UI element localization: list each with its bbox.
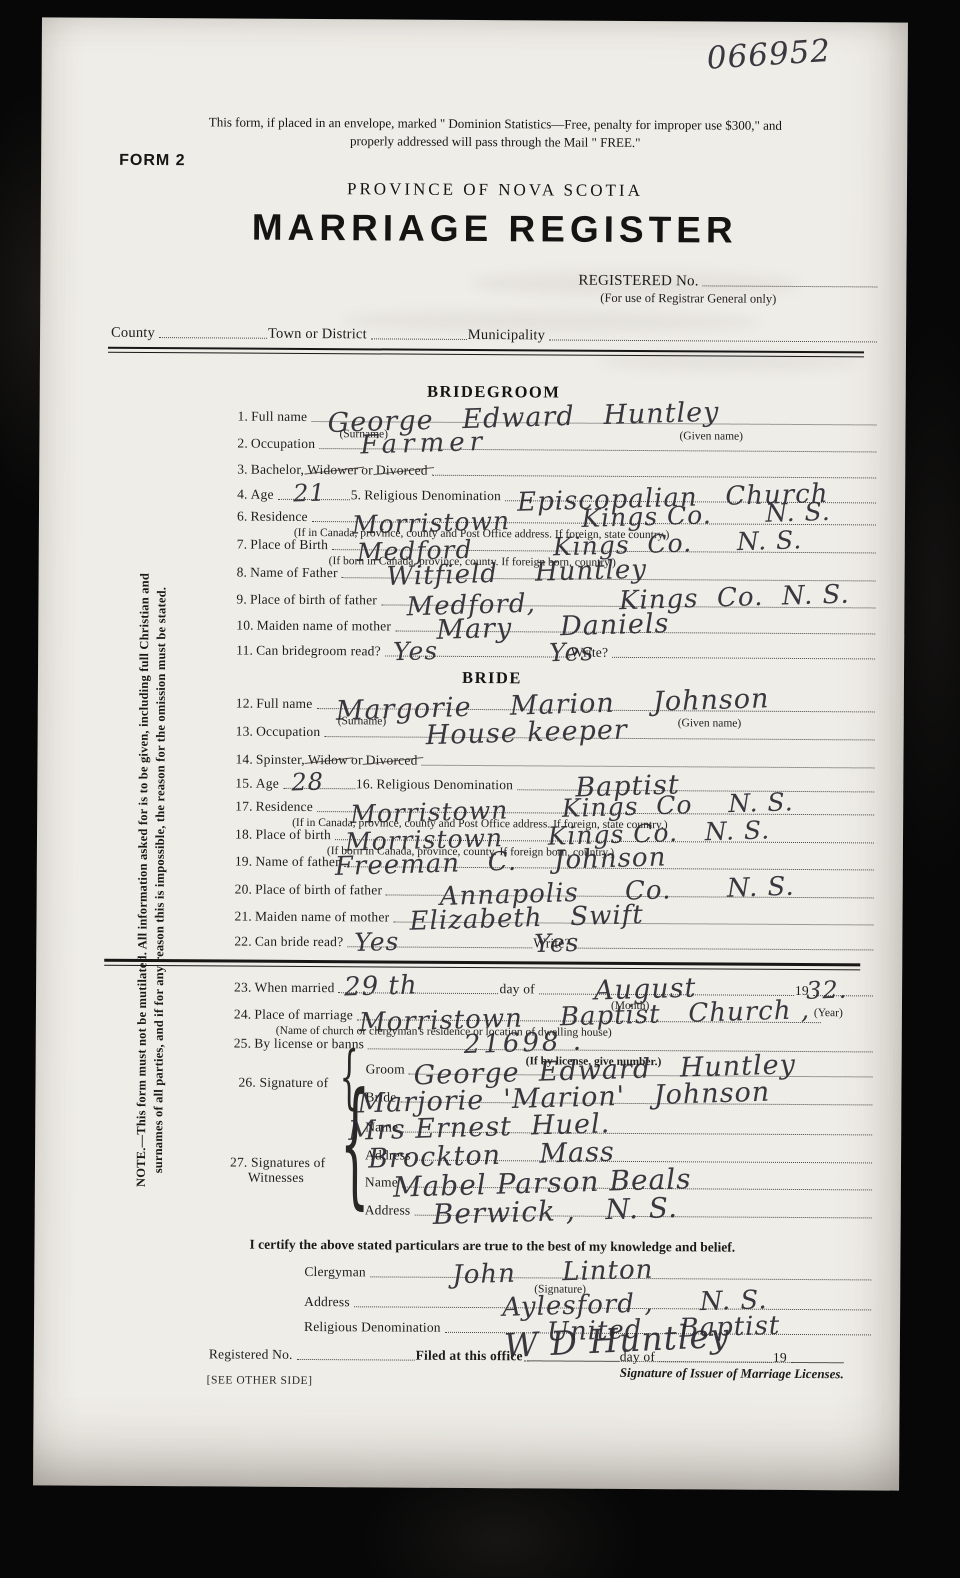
field-8-label: Name of Father: [250, 566, 341, 581]
town-district-blank-line: [371, 338, 467, 340]
field-16-no: 16.: [356, 777, 377, 791]
field-27-label-line1: Signatures of: [251, 1155, 325, 1170]
mail-note-line2: properly addressed will pass through the…: [111, 132, 879, 153]
field-9-father-birthplace: 9. Place of birth of father Medford, Kin…: [236, 588, 876, 611]
field-13-no: 13.: [236, 725, 257, 739]
clergyman-address-label: Address: [304, 1295, 353, 1309]
header-divider-rule: [108, 347, 864, 358]
field-26-no-label: 26. Signature of: [238, 1075, 328, 1092]
field-4-label: Age: [251, 488, 277, 502]
field-10-label: Maiden name of mother: [257, 619, 394, 634]
field-23-no: 23.: [234, 981, 255, 995]
bridegroom-heading: BRIDEGROOM: [110, 380, 878, 405]
field-1-full-name: 1. Full name George Edward Huntley: [238, 405, 878, 428]
municipality-blank-line: [549, 339, 877, 342]
field-12-full-name: 12. Full name Margorie Marion Johnson: [236, 692, 876, 715]
clergyman-row: Clergyman John Linton: [304, 1260, 872, 1282]
field-23-year-value: 32.: [806, 978, 848, 1003]
field-22-write-blank: [575, 948, 874, 951]
field-22-label: Can bride read?: [255, 935, 347, 950]
field-18-place-of-birth: 18. Place of birth Morristown Kings Co. …: [235, 823, 875, 846]
field-1-label: Full name: [251, 410, 310, 424]
field-24-place-of-marriage: 24. Place of marriage Morristown Baptist…: [234, 1003, 822, 1026]
field-27-label-line2: Witnesses: [230, 1170, 304, 1185]
field-15-label: Age: [256, 777, 282, 791]
field-10-no: 10.: [236, 619, 257, 633]
field-15-no: 15.: [235, 777, 256, 791]
municipality-label: Municipality: [468, 328, 548, 342]
field-9-no: 9.: [236, 593, 250, 607]
field-6-label: Residence: [250, 510, 310, 524]
field-18-label: Place of birth: [255, 828, 334, 842]
field-26-bride-row: Bride Marjorie 'Marion' Johnson: [365, 1085, 873, 1107]
field-18-no: 18.: [235, 828, 256, 842]
form-number-label: FORM 2: [119, 152, 186, 170]
issuer-signature-line: [524, 1346, 844, 1363]
field-17-label: Residence: [256, 800, 316, 814]
field-16-label: Religious Denomination: [376, 777, 516, 792]
field-8-value: Witfield Huntley: [386, 557, 647, 590]
town-district-label: Town or District: [268, 327, 370, 342]
field-24-label: Place of marriage: [254, 1008, 356, 1023]
field-23-day-value: 29 th: [344, 972, 418, 1000]
field-3-separator: or: [361, 463, 376, 477]
field-12-label: Full name: [256, 697, 315, 711]
field-20-father-birthplace: 20. Place of birth of father Annapolis C…: [235, 878, 875, 901]
issuer-signature-caption: Signature of Issuer of Marriage Licenses…: [620, 1365, 844, 1382]
field-23-dayof-label: day of: [500, 982, 538, 996]
field-22-read-value: Yes: [354, 929, 400, 955]
county-row: County Town or District Municipality: [111, 321, 878, 345]
field-1-no: 1.: [238, 410, 252, 424]
field-23-label: When married: [255, 981, 338, 996]
marriage-section-divider-rule: [104, 959, 860, 971]
field-3-label-prefix: Bachelor,: [251, 463, 307, 477]
field-24-no: 24.: [234, 1008, 255, 1022]
province-heading: PROVINCE OF NOVA SCOTIA: [111, 178, 879, 203]
field-3-option-divorced: Divorced: [376, 463, 431, 477]
field-27-witness2-address-row: Address Berwick , N. S.: [365, 1198, 873, 1220]
field-19-label: Name of father: [255, 855, 343, 870]
field-14-separator: or: [351, 753, 366, 767]
field-26-groom-label: Groom: [366, 1062, 408, 1076]
field-12-no: 12.: [236, 697, 257, 711]
field-20-label: Place of birth of father: [255, 883, 385, 898]
field-19-no: 19.: [235, 855, 256, 869]
field-14-option-widow: Widow: [308, 753, 351, 767]
mail-note-line1: This form, if placed in an envelope, mar…: [111, 114, 879, 135]
field-11-no: 11.: [236, 644, 256, 658]
field-27-no-label: 27. Signatures ofWitnesses: [230, 1155, 325, 1186]
field-25-value: 21698 .: [463, 1029, 584, 1058]
form-paper: 066952 This form, if placed in an envelo…: [33, 17, 908, 1490]
field-22-write-value: Yes: [534, 930, 580, 956]
field-4-no: 4.: [237, 488, 251, 502]
registered-no-blank-line: [703, 285, 878, 287]
field-27-witness2-address-value: Berwick , N. S.: [432, 1194, 678, 1229]
field-21-value: Elizabeth Swift: [409, 902, 644, 935]
field-19-value: Freeman C. Johnson: [335, 844, 667, 880]
field-27-witness1-address-row: Address Brockton Mass: [365, 1143, 873, 1165]
registrar-general-note: (For use of Registrar General only): [600, 291, 776, 307]
field-3-blank-line: [432, 475, 876, 479]
field-27-no: 27.: [230, 1155, 248, 1170]
field-14-label-prefix: Spinster,: [256, 753, 308, 767]
field-25-blank-line: [368, 1048, 873, 1052]
field-7-label: Place of Birth: [250, 538, 331, 552]
filing-registered-blank: [297, 1359, 415, 1361]
field-14-no: 14.: [235, 753, 256, 767]
field-26-no: 26.: [238, 1075, 256, 1090]
field-26-groom-row: Groom George Edward Huntley: [366, 1057, 874, 1079]
field-17-residence: 17. Residence Morristown Kings Co N. S.: [235, 795, 875, 818]
field-8-father-name: 8. Name of Father Witfield Huntley: [237, 561, 877, 584]
field-2-occupation: 2. Occupation Farmer: [237, 432, 877, 455]
field-9-label: Place of birth of father: [250, 593, 380, 608]
field-2-value: Farmer: [360, 429, 487, 459]
registered-no-label: REGISTERED No.: [578, 274, 701, 289]
field-6-no: 6.: [237, 510, 251, 524]
field-5-label: Religious Denomination: [364, 488, 504, 503]
field-4-value: 21: [293, 481, 326, 506]
field-13-occupation: 13. Occupation House keeper: [236, 720, 876, 743]
filing-registered-label: Registered No.: [209, 1347, 296, 1362]
clergyman-address-row: Address Aylesford , N. S.: [304, 1290, 872, 1312]
field-26-label: Signature of: [260, 1075, 329, 1090]
field-8-no: 8.: [237, 566, 251, 580]
see-other-side-note: [SEE OTHER SIDE]: [207, 1374, 313, 1387]
registered-no-row: REGISTERED No.: [578, 269, 878, 290]
field-27-address-label-2: Address: [365, 1203, 414, 1217]
field-15-value: 28: [291, 770, 324, 795]
field-27-witness2-name-row: Name Mabel Parson Beals: [365, 1170, 873, 1192]
field-6-residence: 6. Residence Morristown Kings Co. N. S.: [237, 505, 877, 528]
margin-note-vertical: NOTE.—This form must not be mutilated. A…: [133, 556, 170, 1204]
field-27-witnesses-block: 27. Signatures ofWitnesses { Name Mrs Er…: [230, 1115, 874, 1231]
field-25-no: 25.: [234, 1037, 255, 1051]
field-22-no: 22.: [234, 935, 255, 949]
field-22-can-read-write: 22. Can bride read? Write? Yes Yes: [234, 930, 874, 953]
field-13-label: Occupation: [256, 725, 323, 739]
field-3-option-widower: Widower: [307, 463, 361, 477]
field-19-father-name: 19. Name of father Freeman C. Johnson: [235, 850, 875, 873]
field-3-marital-status: 3. Bachelor, Widower or Divorced: [237, 458, 877, 481]
field-17-no: 17.: [235, 800, 256, 814]
field-7-no: 7.: [237, 538, 251, 552]
field-21-no: 21.: [234, 910, 255, 924]
field-2-no: 2.: [237, 437, 251, 451]
page-title: MARRIAGE REGISTER: [111, 206, 879, 253]
margin-note-line2: surnames of all parties, and if for any …: [149, 556, 169, 1204]
field-11-can-read-write: 11. Can bridegroom read? Write? Yes Yes: [236, 639, 876, 662]
clergyman-label: Clergyman: [304, 1265, 369, 1279]
field-11-write-value: Yes: [549, 639, 595, 665]
field-3-no: 3.: [237, 463, 251, 477]
field-21-label: Maiden name of mother: [255, 910, 392, 925]
field-14-option-divorced: Divorced: [366, 753, 421, 767]
clergyman-denomination-label: Religious Denomination: [304, 1320, 444, 1335]
field-2-label: Occupation: [251, 437, 318, 451]
county-label: County: [111, 326, 158, 340]
field-11-label: Can bridegroom read?: [256, 644, 384, 659]
document-number-handwritten: 066952: [706, 36, 832, 75]
scanned-marriage-register-page: { "page": { "doc_number": "066952", "mai…: [0, 0, 960, 1578]
field-14-blank-line: [422, 765, 875, 769]
field-7-place-of-birth: 7. Place of Birth Medford Kings Co. N. S…: [237, 533, 877, 556]
field-27-witness1-name-row: Name Mrs Ernest Huel.: [365, 1115, 873, 1137]
field-11-write-blank: [612, 657, 875, 660]
certify-statement: I certify the above stated particulars a…: [249, 1237, 735, 1256]
field-21-mother-maiden-name: 21. Maiden name of mother Elizabeth Swif…: [234, 905, 874, 928]
county-blank-line: [159, 337, 267, 339]
field-20-no: 20.: [235, 883, 256, 897]
field-23-when-married: 23. When married day of 19 29 th August …: [234, 976, 874, 999]
field-14-marital-status: 14. Spinster, Widow or Divorced: [235, 748, 875, 771]
field-5-no: 5.: [351, 488, 365, 502]
field-10-mother-maiden-name: 10. Maiden name of mother Mary Daniels: [236, 614, 876, 637]
field-11-read-value: Yes: [393, 638, 439, 664]
field-13-value: House keeper: [425, 716, 628, 749]
